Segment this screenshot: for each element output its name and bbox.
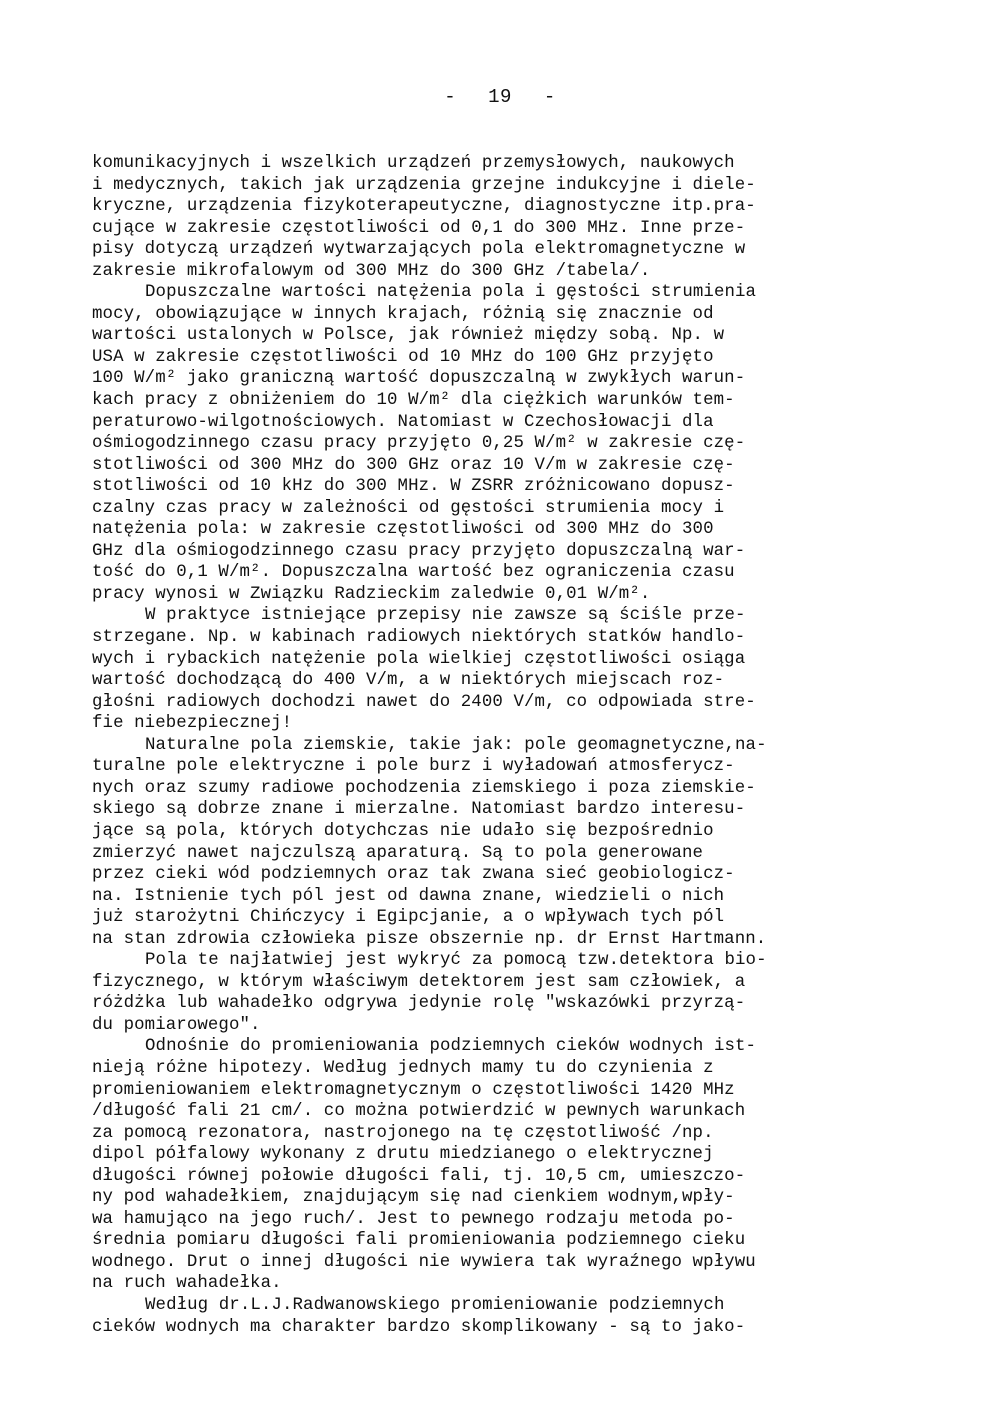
text-line: peraturowo-wilgotnościowych. Natomiast w… [92,412,932,434]
text-line: promieniowaniem elektromagnetycznym o cz… [92,1080,932,1102]
text-line: przez cieki wód podziemnych oraz tak zwa… [92,864,932,886]
text-line: czalny czas pracy w zależności od gęstoś… [92,498,932,520]
text-line: komunikacyjnych i wszelkich urządzeń prz… [92,153,932,175]
paragraph-first-line: W praktyce istniejące przepisy nie zawsz… [92,605,932,627]
text-line: USA w zakresie częstotliwości od 10 MHz … [92,347,932,369]
text-line: turalne pole elektryczne i pole burz i w… [92,756,932,778]
text-line: natężenia pola: w zakresie częstotliwośc… [92,519,932,541]
text-line: kach pracy z obniżeniem do 10 W/m² dla c… [92,390,932,412]
text-line: nych oraz szumy radiowe pochodzenia ziem… [92,778,932,800]
page-number-prefix: - [444,86,456,108]
text-line: wa hamująco na jego ruch/. Jest to pewne… [92,1209,932,1231]
paragraph-first-line: Odnośnie do promieniowania podziemnych c… [92,1036,932,1058]
page-number: -19- [0,86,1000,108]
text-line: na stan zdrowia człowieka pisze obszerni… [92,929,932,951]
text-line: wodnego. Drut o innej długości nie wywie… [92,1252,932,1274]
text-line: ośmiogodzinnego czasu pracy przyjęto 0,2… [92,433,932,455]
text-line: 100 W/m² jako graniczną wartość dopuszcz… [92,368,932,390]
text-line: nieją różne hipotezy. Według jednych mam… [92,1058,932,1080]
text-line: wartości ustalonych w Polsce, jak równie… [92,325,932,347]
document-body: komunikacyjnych i wszelkich urządzeń prz… [92,153,932,1338]
paragraph-first-line: Według dr.L.J.Radwanowskiego promieniowa… [92,1295,932,1317]
text-line: tość do 0,1 W/m². Dopuszczalna wartość b… [92,562,932,584]
page-number-suffix: - [544,86,556,108]
text-line: du pomiarowego". [92,1015,932,1037]
text-line: głośni radiowych dochodzi nawet do 2400 … [92,692,932,714]
text-line: zmierzyć nawet najczulszą aparaturą. Są … [92,843,932,865]
text-line: fie niebezpiecznej! [92,713,932,735]
text-line: kryczne, urządzenia fizykoterapeutyczne,… [92,196,932,218]
text-line: jące są pola, których dotychczas nie uda… [92,821,932,843]
text-line: za pomocą rezonatora, nastrojonego na tę… [92,1123,932,1145]
text-line: już starożytni Chińczycy i Egipcjanie, a… [92,907,932,929]
text-line: strzegane. Np. w kabinach radiowych niek… [92,627,932,649]
text-line: pracy wynosi w Związku Radzieckim zaledw… [92,584,932,606]
text-line: stotliwości od 10 kHz do 300 MHz. W ZSRR… [92,476,932,498]
text-line: na ruch wahadełka. [92,1273,932,1295]
text-line: fizycznego, w którym właściwym detektore… [92,972,932,994]
text-line: stotliwości od 300 MHz do 300 GHz oraz 1… [92,455,932,477]
text-line: i medycznych, takich jak urządzenia grze… [92,175,932,197]
text-line: dipol półfalowy wykonany z drutu miedzia… [92,1144,932,1166]
text-line: /długość fali 21 cm/. co można potwierdz… [92,1101,932,1123]
text-line: cujące w zakresie częstotliwości od 0,1 … [92,218,932,240]
text-line: zakresie mikrofalowym od 300 MHz do 300 … [92,261,932,283]
text-line: cieków wodnych ma charakter bardzo skomp… [92,1317,932,1339]
paragraph-first-line: Dopuszczalne wartości natężenia pola i g… [92,282,932,304]
page-number-value: 19 [488,86,512,108]
text-line: ny pod wahadełkiem, znajdującym się nad … [92,1187,932,1209]
paragraph-first-line: Pola te najłatwiej jest wykryć za pomocą… [92,950,932,972]
text-line: średnia pomiaru długości fali promieniow… [92,1230,932,1252]
text-line: wartość dochodzącą do 400 V/m, a w niekt… [92,670,932,692]
text-line: mocy, obowiązujące w innych krajach, róż… [92,304,932,326]
text-line: pisy dotyczą urządzeń wytwarzających pol… [92,239,932,261]
text-line: wych i rybackich natężenie pola wielkiej… [92,649,932,671]
text-line: skiego są dobrze znane i mierzalne. Nato… [92,799,932,821]
text-line: GHz dla ośmiogodzinnego czasu pracy przy… [92,541,932,563]
paragraph-first-line: Naturalne pola ziemskie, takie jak: pole… [92,735,932,757]
text-line: różdżka lub wahadełko odgrywa jedynie ro… [92,993,932,1015]
text-line: na. Istnienie tych pól jest od dawna zna… [92,886,932,908]
text-line: długości równej połowie długości fali, t… [92,1166,932,1188]
